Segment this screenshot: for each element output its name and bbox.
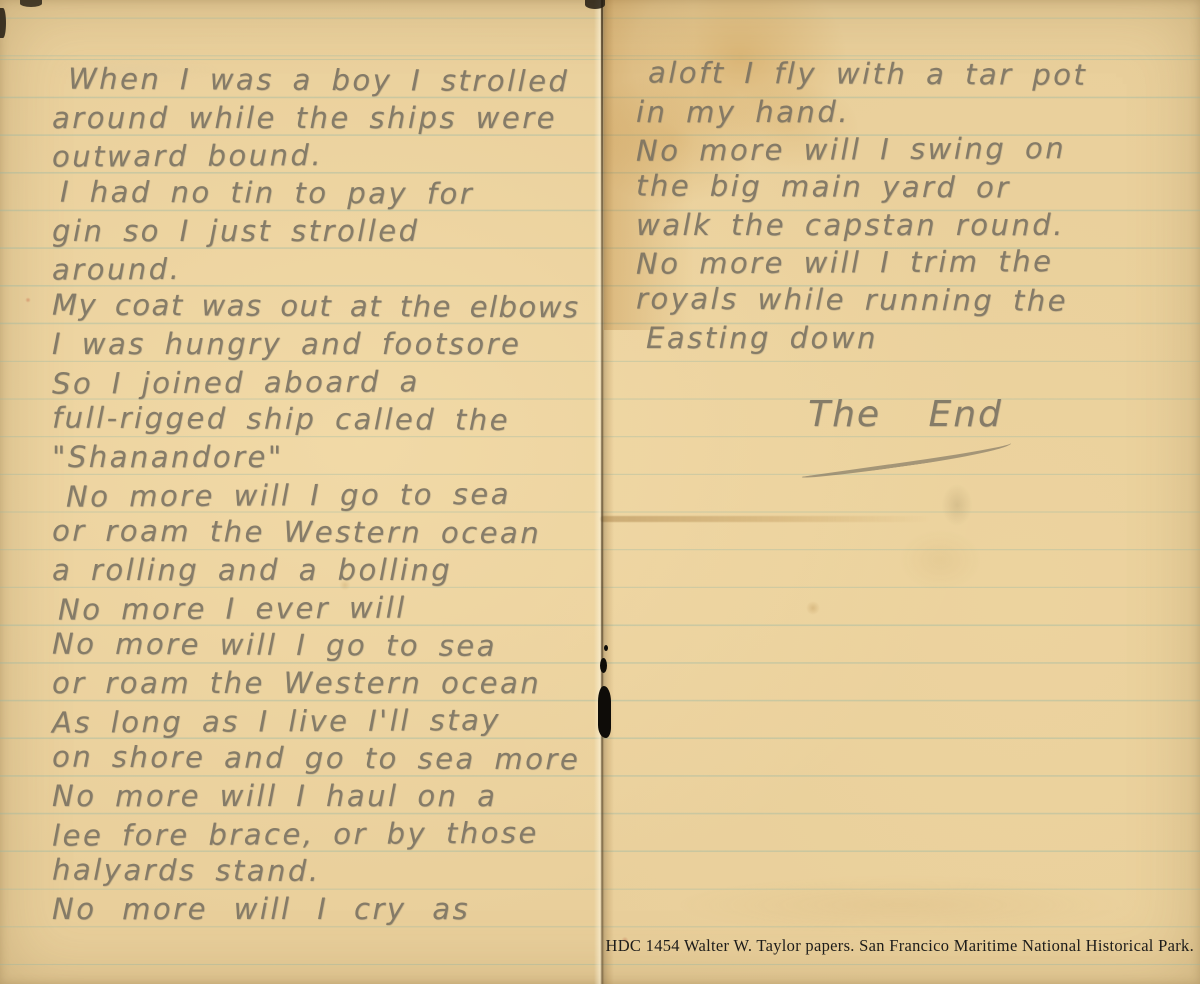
ink-blot bbox=[604, 645, 608, 651]
handwritten-line: gin so I just strolled bbox=[52, 213, 600, 251]
handwritten-line: No more will I go to sea bbox=[66, 475, 600, 516]
handwritten-line: outward bound. bbox=[52, 136, 600, 177]
handwritten-line: around while the ships were bbox=[52, 100, 600, 138]
handwritten-line: aloft I fly with a tar pot bbox=[648, 55, 1200, 96]
handwritten-line: As long as I live I'll stay bbox=[52, 701, 600, 742]
handwritten-line: lee fore brace, or by those bbox=[52, 814, 600, 855]
handwritten-line: walk the capstan round. bbox=[636, 207, 1200, 245]
handwritten-line: a rolling and a bolling bbox=[52, 552, 600, 590]
handwritten-line: "Shanandore" bbox=[52, 439, 600, 477]
handwritten-line: the big main yard or bbox=[636, 168, 1200, 209]
handwritten-line: I had no tin to pay for bbox=[60, 174, 600, 215]
handwritten-line: or roam the Western ocean bbox=[52, 513, 600, 554]
handwritten-line: No more will I trim the bbox=[636, 243, 1200, 284]
handwritten-line: When I was a boy I strolled bbox=[68, 61, 600, 101]
handwritten-line: or roam the Western ocean bbox=[52, 665, 600, 703]
handwritten-line: I was hungry and footsore bbox=[52, 326, 600, 364]
handwritten-line: No more I ever will bbox=[58, 588, 600, 629]
handwritten-line: on shore and go to sea more bbox=[52, 739, 600, 780]
handwritten-line: in my hand. bbox=[636, 94, 1200, 132]
handwritten-line: My coat was out at the elbows bbox=[52, 287, 600, 328]
page-fold-crease-line bbox=[601, 0, 603, 984]
handwritten-line: halyards stand. bbox=[52, 852, 600, 893]
right-page: aloft I fly with a tar pot in my hand. N… bbox=[612, 0, 1200, 984]
handwritten-line: So I joined aboard a bbox=[52, 362, 600, 403]
handwritten-line: No more will I cry as bbox=[52, 891, 600, 929]
archive-caption: HDC 1454 Walter W. Taylor papers. San Fr… bbox=[605, 936, 1194, 956]
closing-text: The End bbox=[788, 394, 1023, 435]
handwritten-line: full-rigged ship called the bbox=[52, 400, 600, 441]
handwritten-line: around. bbox=[52, 249, 600, 290]
handwritten-line: No more will I swing on bbox=[636, 130, 1200, 171]
handwritten-line: Easting down bbox=[646, 320, 1200, 358]
ink-blot bbox=[600, 658, 607, 673]
letter-scan: When I was a boy I strolled around while… bbox=[0, 0, 1200, 984]
left-page: When I was a boy I strolled around while… bbox=[0, 0, 600, 984]
handwritten-line: No more will I haul on a bbox=[52, 778, 600, 816]
handwritten-line: royals while running the bbox=[636, 281, 1200, 322]
handwritten-line: No more will I go to sea bbox=[52, 626, 600, 667]
